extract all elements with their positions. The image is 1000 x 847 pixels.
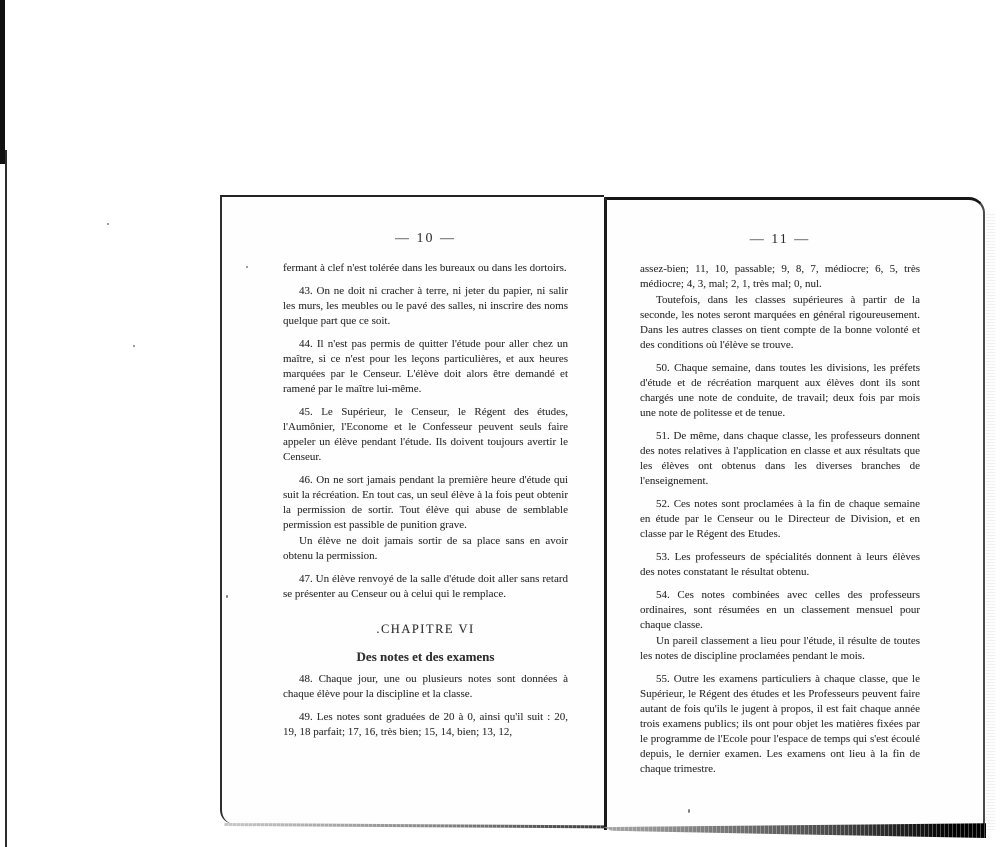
paragraph-46: 46. On ne sort jamais pendant la premièr… — [283, 473, 568, 533]
page-stack-edge — [986, 212, 995, 830]
paragraph-48: 48. Chaque jour, une ou plusieurs notes … — [283, 672, 568, 702]
paragraph-55: 55. Outre les examens particuliers à cha… — [640, 672, 920, 777]
paragraph-51: 51. De même, dans chaque classe, les pro… — [640, 429, 920, 489]
paragraph-46-suite: Un élève ne doit jamais sortir de sa pla… — [283, 534, 568, 564]
scan-speckle — [246, 266, 248, 268]
scan-speckle — [688, 809, 690, 813]
page-number-header: — 11 — — [640, 232, 920, 248]
paragraph-49: 49. Les notes sont graduées de 20 à 0, a… — [283, 710, 568, 740]
scan-edge-artifact — [0, 0, 5, 164]
paragraph-52: 52. Ces notes sont proclamées à la fin d… — [640, 497, 920, 542]
chapter-heading: .CHAPITRE VI — [283, 622, 568, 637]
section-title: Des notes et des examens — [283, 649, 568, 664]
page-number-header: — 10 — — [283, 231, 568, 247]
paragraph-54: 54. Ces notes combinées avec celles des … — [640, 588, 920, 633]
paragraph-53: 53. Les professeurs de spécialités donne… — [640, 550, 920, 580]
page-right-text: assez-bien; 11, 10, passable; 9, 8, 7, m… — [640, 262, 920, 777]
scan-speckle — [133, 345, 135, 347]
paragraph-continuation: fermant à clef n'est tolérée dans les bu… — [283, 261, 568, 276]
book-scan: — 10 — fermant à clef n'est tolérée dans… — [0, 0, 1000, 847]
scan-edge-artifact — [5, 150, 7, 847]
paragraph-54-suite: Un pareil classement a lieu pour l'étude… — [640, 634, 920, 664]
paragraph-continuation: assez-bien; 11, 10, passable; 9, 8, 7, m… — [640, 262, 920, 292]
page-right: — 11 — assez-bien; 11, 10, passable; 9, … — [604, 197, 985, 830]
page-left-text: fermant à clef n'est tolérée dans les bu… — [283, 261, 568, 740]
paragraph-50: 50. Chaque semaine, dans toutes les divi… — [640, 361, 920, 421]
scan-speckle — [107, 223, 109, 225]
scan-speckle — [226, 595, 228, 598]
paragraph-toutefois: Toutefois, dans les classes supérieures … — [640, 293, 920, 353]
paragraph-45: 45. Le Supérieur, le Censeur, le Régent … — [283, 405, 568, 465]
paragraph-44: 44. Il n'est pas permis de quitter l'étu… — [283, 337, 568, 397]
paragraph-47: 47. Un élève renvoyé de la salle d'étude… — [283, 572, 568, 602]
paragraph-43: 43. On ne doit ni cracher à terre, ni je… — [283, 284, 568, 329]
page-left: — 10 — fermant à clef n'est tolérée dans… — [220, 195, 604, 824]
